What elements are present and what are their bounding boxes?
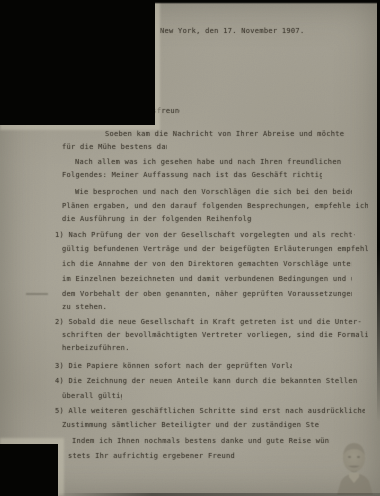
body-line: für die Mühe bestens danken. bbox=[62, 143, 167, 152]
body-line: schriften der bevollmächtigten Vertreter… bbox=[62, 331, 368, 340]
body-line: überall gültig. bbox=[62, 392, 122, 401]
body-line: 3) Die Papiere können sofort nach der ge… bbox=[55, 362, 292, 371]
photo-edge-top bbox=[0, 0, 380, 4]
body-line: Plänen ergaben, und den darauf folgenden… bbox=[62, 202, 368, 211]
scanned-letter: New York, den 17. November 1907.Mein lie… bbox=[0, 0, 380, 496]
closing-line: stets Ihr aufrichtig ergebener Freund, bbox=[68, 452, 235, 461]
body-line: Folgendes: Meiner Auffassung nach ist da… bbox=[62, 171, 322, 180]
margin-mark bbox=[26, 293, 48, 295]
body-line: Nach allem was ich gesehen habe und nach… bbox=[75, 158, 345, 167]
body-line: die Ausführung in der folgenden Reihenfo… bbox=[62, 215, 252, 224]
body-line: dem Vorbehalt der oben genannten, näher … bbox=[62, 290, 352, 299]
torn-corner-top-left bbox=[0, 0, 155, 125]
portrait-stamp bbox=[333, 433, 375, 495]
body-line: 1) Nach Prüfung der von der Gesellschaft… bbox=[55, 231, 355, 240]
body-line: im Einzelnen bezeichneten und damit verb… bbox=[62, 275, 352, 284]
body-line: herbeizuführen. bbox=[62, 344, 128, 353]
body-line: Zustimmung sämtlicher Beteiligter und de… bbox=[62, 421, 320, 430]
body-line: gültig befundenen Verträge und der beige… bbox=[62, 245, 368, 254]
body-line: 4) Die Zeichnung der neuen Anteile kann … bbox=[55, 377, 362, 386]
body-line: ich die Annahme der von den Direktoren g… bbox=[62, 260, 352, 269]
body-line: Soeben kam die Nachricht von Ihrer Abrei… bbox=[105, 130, 345, 139]
torn-corner-bottom-left bbox=[0, 444, 58, 496]
body-line: 2) Sobald die neue Gesellschaft in Kraft… bbox=[55, 318, 362, 327]
body-line: zu stehen. bbox=[62, 303, 106, 312]
body-line: 5) Alle weiteren geschäftlichen Schritte… bbox=[55, 407, 365, 416]
closing-line: Indem ich Ihnen nochmals bestens danke u… bbox=[72, 437, 330, 446]
body-line: Wie besprochen und nach den Vorschlägen … bbox=[75, 188, 352, 197]
date-line: New York, den 17. November 1907. bbox=[160, 27, 310, 36]
